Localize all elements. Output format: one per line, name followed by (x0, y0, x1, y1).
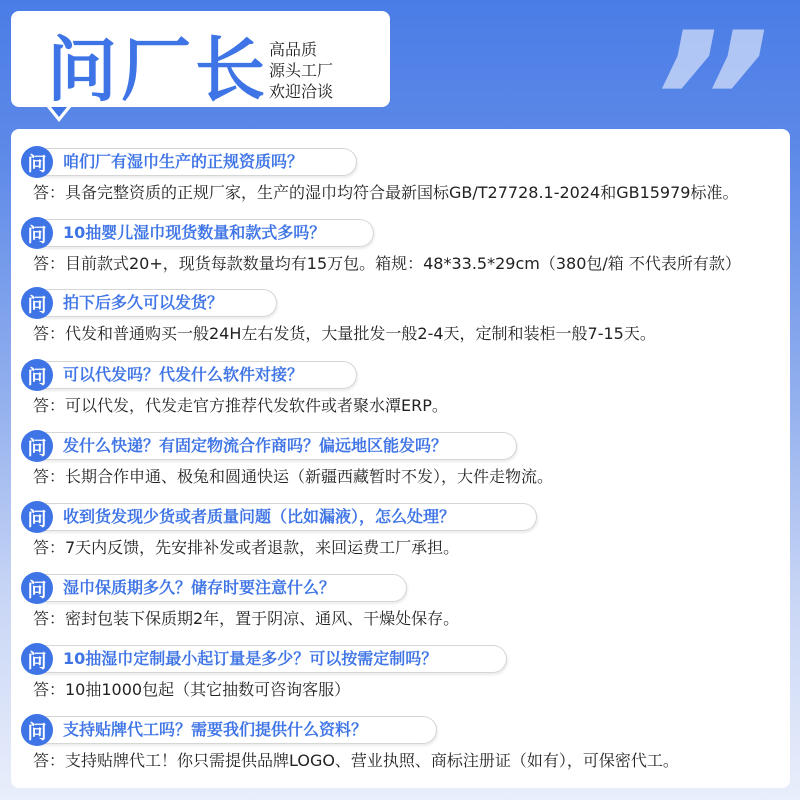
header-card: 问厂长 高品质 源头工厂 欢迎洽谈 (11, 11, 390, 107)
question-icon: 问 (21, 146, 53, 178)
question-text: 10抽婴儿湿巾现货数量和款式多吗？ (63, 222, 325, 244)
question-text: 收到货发现少货或者质量问题（比如漏液），怎么处理？ (63, 506, 455, 528)
question-text: 可以代发吗？代发什么软件对接？ (63, 364, 303, 386)
speech-pointer-inner-icon (51, 107, 67, 117)
question-text: 10抽湿巾定制最小起订量是多少？可以按需定制吗？ (63, 648, 437, 670)
answer-text: 答：7天内反馈，先安排补发或者退款，来回运费工厂承担。 (33, 537, 459, 559)
answer-text: 答：密封包装下保质期2年，置于阴凉、通风、干燥处保存。 (33, 608, 459, 630)
question-icon: 问 (21, 501, 53, 533)
answer-text: 答：可以代发，代发走官方推荐代发软件或者聚水潭ERP。 (33, 395, 448, 417)
answer-text: 答：10抽1000包起（其它抽数可咨询客服） (33, 679, 350, 701)
answer-text: 答：目前款式20+，现货每款数量均有15万包。箱规：48*33.5*29cm（3… (33, 253, 741, 275)
question-icon: 问 (21, 572, 53, 604)
answer-text: 答：代发和普通购买一般24H左右发货，大量批发一般2-4天，定制和装柜一般7-1… (33, 323, 656, 345)
brand-title: 问厂长 (47, 25, 269, 115)
tagline-line-2: 源头工厂 (269, 60, 333, 81)
question-icon: 问 (21, 287, 53, 319)
faq-card: 问 咱们厂有湿巾生产的正规资质吗？ 答：具备完整资质的正规厂家，生产的湿巾均符合… (11, 129, 790, 788)
question-text: 湿巾保质期多久？储存时要注意什么？ (63, 577, 335, 599)
question-icon: 问 (21, 714, 53, 746)
question-icon: 问 (21, 359, 53, 391)
tagline-line-1: 高品质 (269, 39, 333, 60)
answer-text: 答：支持贴牌代工！你只需提供品牌LOGO、营业执照、商标注册证（如有），可保密代… (33, 750, 679, 772)
question-icon: 问 (21, 217, 53, 249)
question-text: 发什么快递？有固定物流合作商吗？偏远地区能发吗？ (63, 435, 447, 457)
question-text: 支持贴牌代工吗？需要我们提供什么资料？ (63, 719, 367, 741)
brand-tagline: 高品质 源头工厂 欢迎洽谈 (269, 39, 333, 102)
question-text: 咱们厂有湿巾生产的正规资质吗？ (63, 151, 303, 173)
tagline-line-3: 欢迎洽谈 (269, 81, 333, 102)
answer-text: 答：具备完整资质的正规厂家，生产的湿巾均符合最新国标GB/T27728.1-20… (33, 182, 738, 204)
question-text: 拍下后多久可以发货？ (63, 292, 223, 314)
answer-text: 答：长期合作申通、极兔和圆通快运（新疆西藏暂时不发），大件走物流。 (33, 466, 553, 488)
question-icon: 问 (21, 430, 53, 462)
question-icon: 问 (21, 643, 53, 675)
